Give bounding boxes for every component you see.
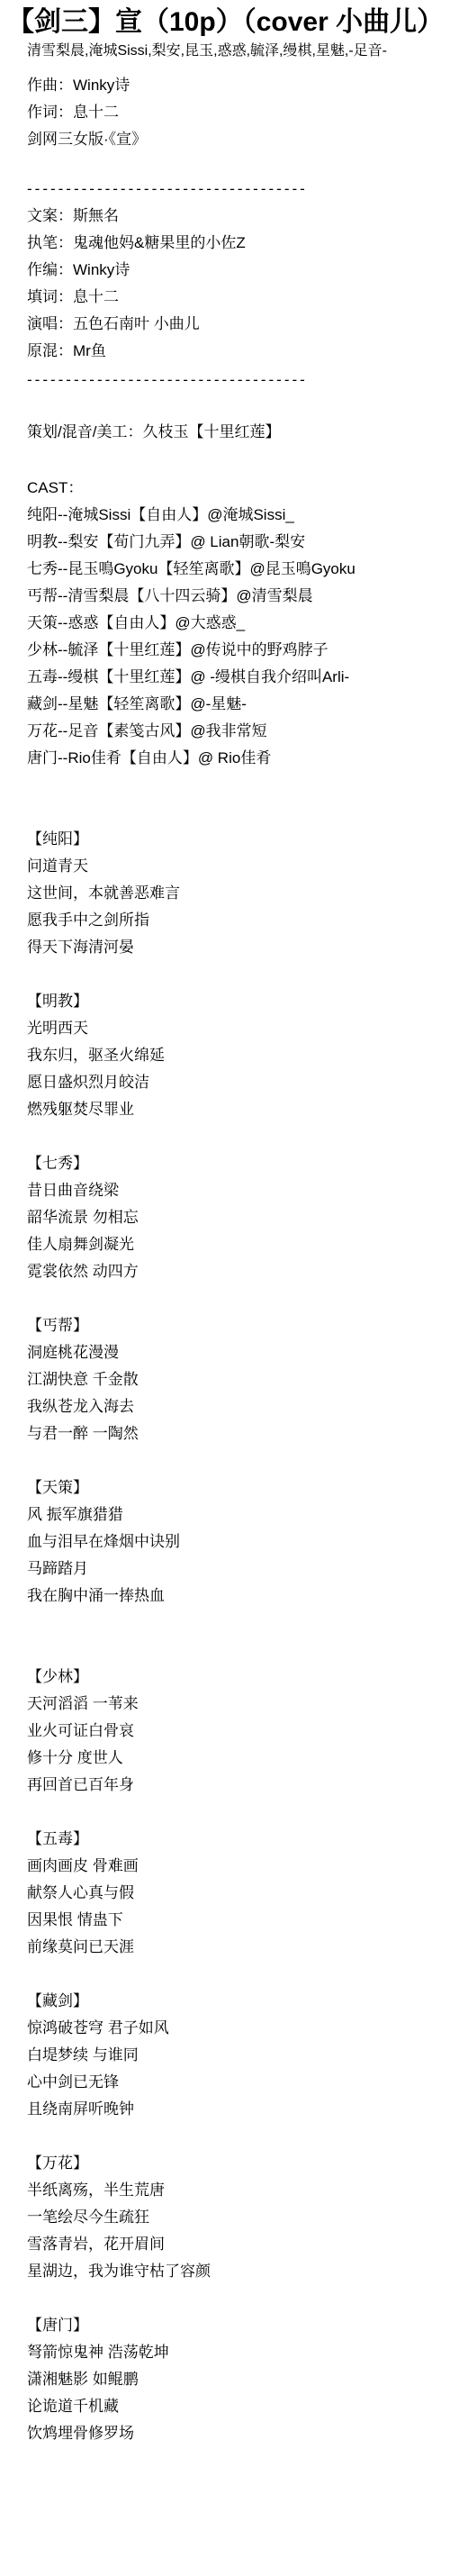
cast-list: 纯阳--淹城Sissi【自由人】@淹城Sissi_ 明教--梨安【荀门九弄】@ … bbox=[27, 502, 450, 772]
lyric-lines: 光明西天 我东归，驱圣火绵延 愿日盛炽烈月皎洁 燃残躯焚尽罪业 bbox=[27, 1015, 450, 1123]
lyric-lines: 画肉画皮 骨难画 献祭人心真与假 因果恨 情蛊下 前缘莫问已天涯 bbox=[27, 1853, 450, 1961]
lyric-section: 【七秀】 昔日曲音绕梁 韶华流景 勿相忘 佳人扇舞剑凝光 霓裳依然 动四方 bbox=[27, 1150, 450, 1285]
document-page: 【剑三】宣（10p）（cover 小曲儿） 清雪梨晨,淹城Sissi,梨安,昆玉… bbox=[0, 4, 450, 2447]
lyric-section-title: 【唐门】 bbox=[27, 2312, 450, 2339]
lyric-lines: 昔日曲音绕梁 韶华流景 勿相忘 佳人扇舞剑凝光 霓裳依然 动四方 bbox=[27, 1177, 450, 1285]
lyric-section: 【明教】 光明西天 我东归，驱圣火绵延 愿日盛炽烈月皎洁 燃残躯焚尽罪业 bbox=[27, 988, 450, 1123]
singers-list: 清雪梨晨,淹城Sissi,梨安,昆玉,惑惑,毓泽,缦棋,星魅,-足音- bbox=[27, 41, 450, 61]
lyric-lines: 惊鸿破苍穹 君子如风 白堤梦续 与谁同 心中剑已无锋 且绕南屏听晚钟 bbox=[27, 2015, 450, 2123]
lyric-section: 【万花】 半纸离殇，半生荒唐 一笔绘尽今生疏狂 雪落青岩，花开眉间 星湖边，我为… bbox=[27, 2150, 450, 2285]
lyric-lines: 问道青天 这世间，本就善恶难言 愿我手中之剑所指 得天下海清河晏 bbox=[27, 853, 450, 961]
divider-line: ------------------------------------ bbox=[27, 367, 450, 394]
page-title: 【剑三】宣（10p）（cover 小曲儿） bbox=[7, 4, 450, 41]
lyric-lines: 天河滔滔 一苇来 业火可证白骨哀 修十分 度世人 再回首已百年身 bbox=[27, 1691, 450, 1799]
lyric-section: 【五毒】 画肉画皮 骨难画 献祭人心真与假 因果恨 情蛊下 前缘莫问已天涯 bbox=[27, 1826, 450, 1961]
lyric-lines: 半纸离殇，半生荒唐 一笔绘尽今生疏狂 雪落青岩，花开眉间 星湖边，我为谁守枯了容… bbox=[27, 2177, 450, 2285]
lyric-lines: 风 振军旗猎猎 血与泪早在烽烟中诀别 马蹄踏月 我在胸中涌一捧热血 bbox=[27, 1501, 450, 1610]
lyric-section-title: 【五毒】 bbox=[27, 1826, 450, 1853]
lyric-section-title: 【万花】 bbox=[27, 2150, 450, 2177]
lyric-section: 【少林】 天河滔滔 一苇来 业火可证白骨哀 修十分 度世人 再回首已百年身 bbox=[27, 1664, 450, 1799]
lyric-section: 【藏剑】 惊鸿破苍穹 君子如风 白堤梦续 与谁同 心中剑已无锋 且绕南屏听晚钟 bbox=[27, 1988, 450, 2123]
credits-top: 作曲：Winky诗 作词：息十二 剑网三女版·《宣》 bbox=[27, 72, 450, 153]
credits-detail: 文案：斯無名 执笔：鬼魂他妈&糖果里的小佐Z 作编：Winky诗 填词：息十二 … bbox=[27, 203, 450, 365]
lyric-lines: 弩箭惊鬼神 浩荡乾坤 潇湘魅影 如鲲鹏 论诡道千机藏 饮鸩埋骨修罗场 bbox=[27, 2339, 450, 2447]
lyric-section: 【纯阳】 问道青天 这世间，本就善恶难言 愿我手中之剑所指 得天下海清河晏 bbox=[27, 826, 450, 961]
lyric-section: 【天策】 风 振军旗猎猎 血与泪早在烽烟中诀别 马蹄踏月 我在胸中涌一捧热血 bbox=[27, 1474, 450, 1610]
lyric-section: 【唐门】 弩箭惊鬼神 浩荡乾坤 潇湘魅影 如鲲鹏 论诡道千机藏 饮鸩埋骨修罗场 bbox=[27, 2312, 450, 2447]
staff-line: 策划/混音/美工：久枝玉【十里红莲】 bbox=[27, 419, 450, 446]
lyric-section-title: 【少林】 bbox=[27, 1664, 450, 1691]
lyric-section-title: 【天策】 bbox=[27, 1474, 450, 1501]
lyric-section-title: 【藏剑】 bbox=[27, 1988, 450, 2015]
cast-header: CAST： bbox=[27, 475, 450, 502]
lyric-section-title: 【明教】 bbox=[27, 988, 450, 1015]
lyric-lines: 洞庭桃花漫漫 江湖快意 千金散 我纵苍龙入海去 与君一醉 一陶然 bbox=[27, 1339, 450, 1447]
lyric-section-title: 【纯阳】 bbox=[27, 826, 450, 853]
lyric-section: 【丐帮】 洞庭桃花漫漫 江湖快意 千金散 我纵苍龙入海去 与君一醉 一陶然 bbox=[27, 1312, 450, 1447]
divider-line: ------------------------------------ bbox=[27, 176, 450, 203]
lyric-section-title: 【七秀】 bbox=[27, 1150, 450, 1177]
lyric-section-title: 【丐帮】 bbox=[27, 1312, 450, 1339]
